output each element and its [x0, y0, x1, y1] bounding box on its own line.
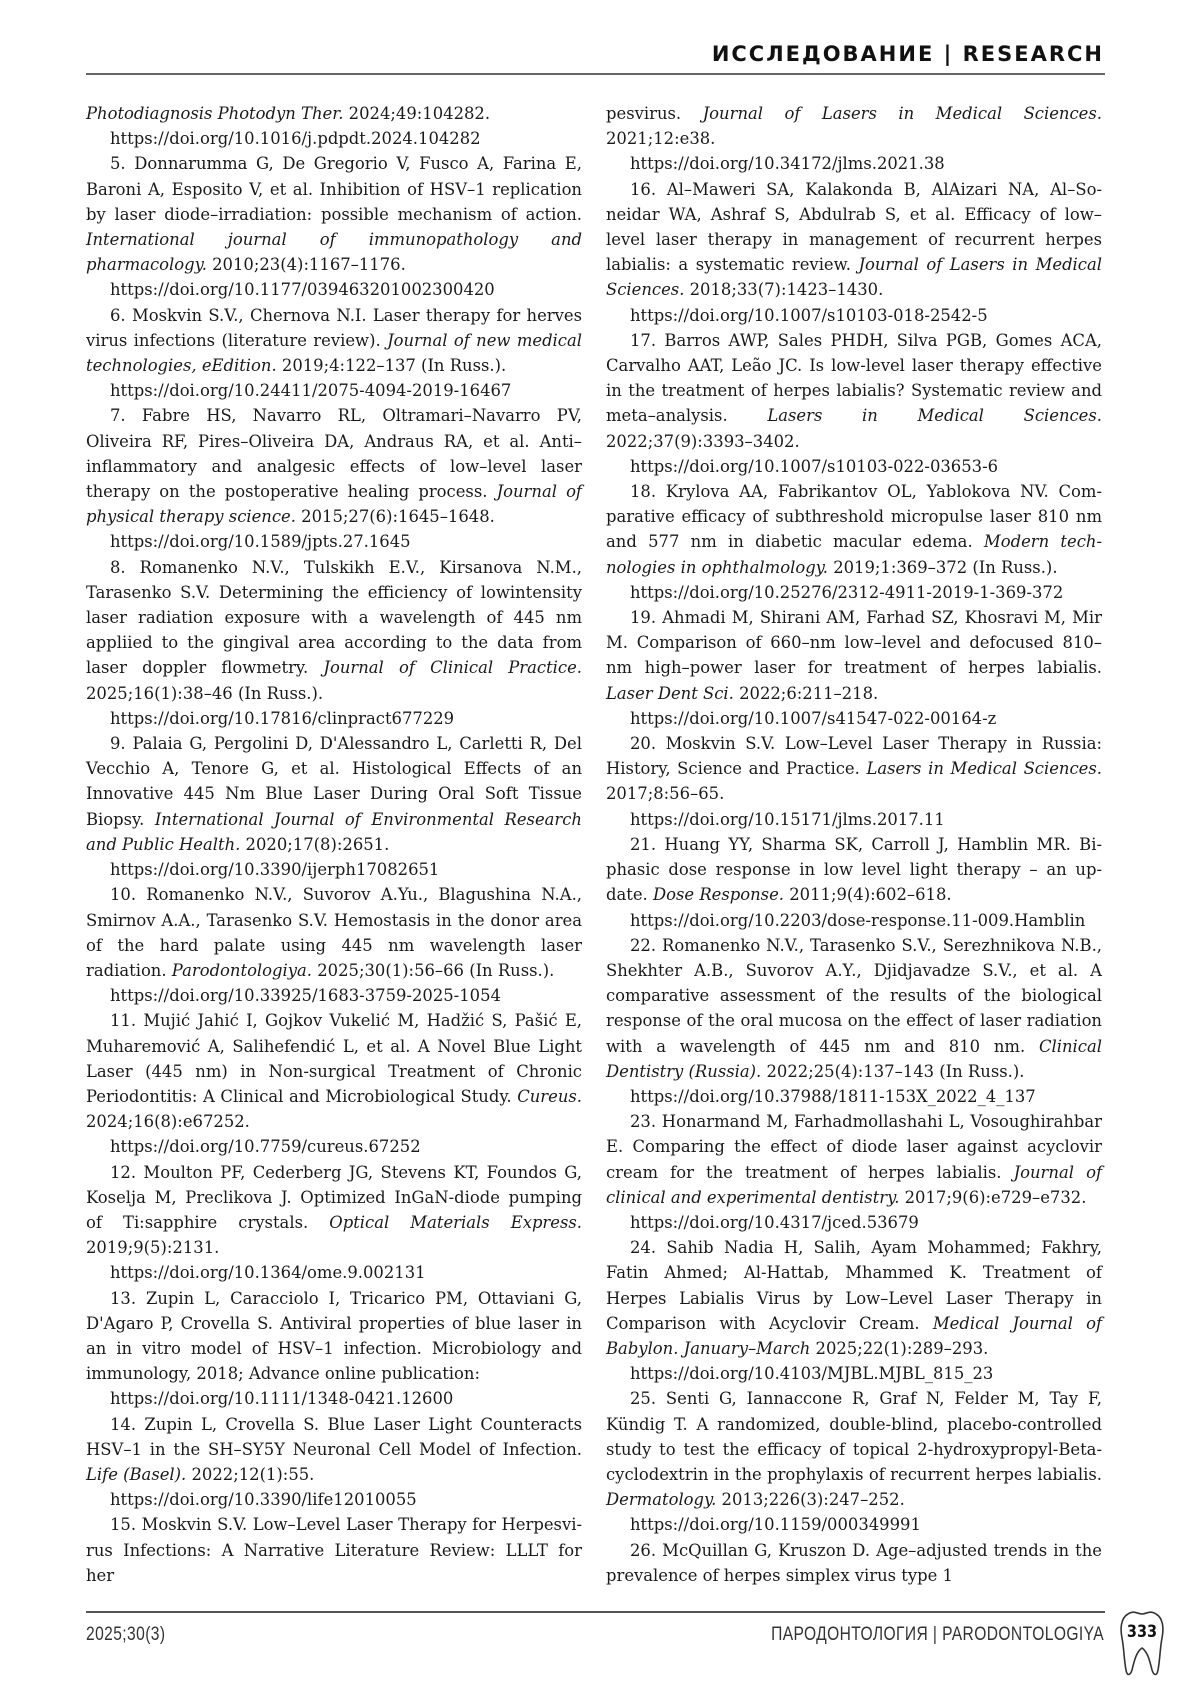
reference-item-24: 24. Sahib Nadia H, Salih, Ayam Mohammed;…	[606, 1235, 1102, 1361]
reference-doi-link[interactable]: https://doi.org/10.34172/jlms.2021.38	[606, 151, 1102, 176]
tooth-outline-icon	[1118, 1608, 1166, 1680]
reference-item-17: 17. Barros AWP, Sales PHDH, Silva PGB, G…	[606, 328, 1102, 454]
reference-journal: Lasers in Medical Sciences.	[866, 759, 1102, 778]
reference-details: 2013;226(3):247–252.	[716, 1490, 904, 1509]
reference-details: 2019;9(5):2131.	[86, 1238, 219, 1257]
journal-name: ПАРОДОНТОЛОГИЯ | PARODONTOLOGIYA	[771, 1624, 1104, 1646]
reference-details: 2018;33(7):1423–1430.	[684, 280, 883, 299]
reference-details: 2024;16(8):e67252.	[86, 1112, 250, 1131]
reference-journal: Parodontologiya.	[172, 961, 312, 980]
reference-doi-link[interactable]: https://doi.org/10.1364/ome.9.002131	[86, 1260, 582, 1285]
reference-text: 14. Zupin L, Crovella S. Blue Laser Ligh…	[86, 1415, 582, 1459]
reference-doi-link[interactable]: https://doi.org/10.1007/s41547-022-00164…	[606, 706, 1102, 731]
reference-details: 2025;30(1):56–66 (In Russ.).	[312, 961, 554, 980]
reference-doi-link[interactable]: https://doi.org/10.1007/s10103-022-03653…	[606, 454, 1102, 479]
reference-item-18: 18. Krylova AA, Fabrikantov OL, Yablokov…	[606, 479, 1102, 580]
reference-doi-link[interactable]: https://doi.org/10.1589/jpts.27.1645	[86, 529, 582, 554]
reference-text: 25. Senti G, Iannaccone R, Graf N, Felde…	[606, 1389, 1102, 1484]
reference-doi-link[interactable]: https://doi.org/10.17816/clinpract677229	[86, 706, 582, 731]
reference-journal: Journal of Clinical Prac­tice.	[323, 658, 582, 677]
reference-item-20: 20. Moskvin S.V. Low–Level Laser Therapy…	[606, 731, 1102, 807]
reference-item-8: 8. Romanenko N.V., Tulskikh E.V., Kirsan…	[86, 555, 582, 706]
reference-journal: Journal of Lasers in Medical Sciences.	[703, 104, 1102, 123]
reference-item-26: 26. McQuillan G, Kruszon D. Age–adjusted…	[606, 1538, 1102, 1588]
reference-details: 2019;1:369–372 (In Russ.).	[828, 558, 1058, 577]
reference-item-7: 7. Fabre HS, Navarro RL, Oltramari–Navar…	[86, 403, 582, 529]
reference-details: 2011;9(4):602–618.	[784, 885, 952, 904]
reference-item-16: 16. Al–Maweri SA, Kalakonda B, AlAizari …	[606, 177, 1102, 303]
reference-journal: Cu­reus.	[517, 1087, 582, 1106]
reference-doi-link[interactable]: https://doi.org/10.7759/cureus.67252	[86, 1134, 582, 1159]
reference-details: 2022;6:211–218.	[734, 684, 878, 703]
reference-continuation: pesvirus. Journal of Lasers in Medical S…	[606, 101, 1102, 151]
reference-doi-link[interactable]: https://doi.org/10.1007/s10103-018-2542-…	[606, 303, 1102, 328]
reference-doi-link[interactable]: https://doi.org/10.1111/1348-0421.12600	[86, 1386, 582, 1411]
reference-details: 2010;23(4):1167–1176.	[207, 255, 406, 274]
reference-text: 19. Ahmadi M, Shirani AM, Farhad SZ, Kho…	[606, 608, 1102, 677]
reference-details: 2025;22(1):289–293.	[810, 1339, 988, 1358]
reference-doi-link[interactable]: https://doi.org/10.1177/0394632010023004…	[86, 277, 582, 302]
reference-item-5: 5. Donnarumma G, De Gregorio V, Fusco A,…	[86, 151, 582, 277]
reference-doi-link[interactable]: https://doi.org/10.15171/jlms.2017.11	[606, 807, 1102, 832]
reference-details: 2019;4:122–137 (In Russ.).	[277, 356, 507, 375]
reference-text: 5. Donnarumma G, De Gregorio V, Fusco A,…	[86, 154, 582, 223]
reference-doi-link[interactable]: https://doi.org/10.3390/life12010055	[86, 1487, 582, 1512]
reference-details: 2022;25(4):137–143 (In Russ.).	[761, 1062, 1024, 1081]
references-left-column: Photodiagnosis Photodyn Ther. 2024;49:10…	[86, 101, 582, 1588]
reference-journal: Photodiagnosis Photodyn Ther.	[86, 104, 343, 123]
reference-doi-link[interactable]: https://doi.org/10.25276/2312-4911-2019-…	[606, 580, 1102, 605]
reference-details: 2021;12:e38.	[606, 129, 715, 148]
reference-details: 2022;37(9):3393–3402.	[606, 432, 800, 451]
reference-text: pesvirus.	[606, 104, 703, 123]
reference-text: 26. McQuillan G, Kruszon D. Age–adjusted…	[606, 1541, 1102, 1585]
reference-continuation: Photodiagnosis Photodyn Ther. 2024;49:10…	[86, 101, 582, 126]
reference-journal: Optical Materials Express.	[329, 1213, 582, 1232]
reference-item-12: 12. Moulton PF, Cederberg JG, Stevens KT…	[86, 1160, 582, 1261]
reference-doi-link[interactable]: https://doi.org/10.37988/1811-153X_2022_…	[606, 1084, 1102, 1109]
reference-item-21: 21. Huang YY, Sharma SK, Carroll J, Hamb…	[606, 832, 1102, 908]
reference-item-19: 19. Ahmadi M, Shirani AM, Farhad SZ, Kho…	[606, 605, 1102, 706]
reference-item-15: 15. Moskvin S.V. Low–Level Laser Therapy…	[86, 1512, 582, 1588]
footer-divider	[86, 1611, 1105, 1613]
reference-item-10: 10. Romanenko N.V., Suvorov A.Yu., Blagu…	[86, 882, 582, 983]
reference-item-9: 9. Palaia G, Pergolini D, D'Alessandro L…	[86, 731, 582, 857]
reference-doi-link[interactable]: https://doi.org/10.24411/2075-4094-2019-…	[86, 378, 582, 403]
reference-details: 2017;8:56–65.	[606, 784, 724, 803]
reference-journal: Dose Response.	[653, 885, 784, 904]
reference-item-25: 25. Senti G, Iannaccone R, Graf N, Felde…	[606, 1386, 1102, 1512]
reference-doi-link[interactable]: https://doi.org/10.1016/j.pdpdt.2024.104…	[86, 126, 582, 151]
reference-text: 15. Moskvin S.V. Low–Level Laser Therapy…	[86, 1515, 582, 1584]
reference-doi-link[interactable]: https://doi.org/10.4317/jced.53679	[606, 1210, 1102, 1235]
page-number: 333	[1122, 1622, 1163, 1642]
reference-item-13: 13. Zupin L, Caracciolo I, Tricarico PM,…	[86, 1286, 582, 1387]
reference-details: 2015;27(6):1645–1648.	[296, 507, 495, 526]
reference-details: 2025;16(1):38–46 (In Russ.).	[86, 684, 323, 703]
reference-item-11: 11. Mujić Jahić I, Gojkov Vukelić M, Had…	[86, 1008, 582, 1134]
reference-doi-link[interactable]: https://doi.org/10.33925/1683-3759-2025-…	[86, 983, 582, 1008]
tooth-icon: 333	[1118, 1608, 1166, 1680]
reference-details: 2024;49:104282.	[343, 104, 490, 123]
reference-text: 11. Mujić Jahić I, Gojkov Vukelić M, Had…	[86, 1011, 582, 1106]
reference-doi-link[interactable]: https://doi.org/10.2203/dose-response.11…	[606, 908, 1102, 933]
reference-item-6: 6. Moskvin S.V., Chernova N.I. Laser the…	[86, 303, 582, 379]
section-title: ИССЛЕДОВАНИЕ | RESEARCH	[712, 42, 1104, 66]
reference-details: 2020;17(8):2651.	[240, 835, 389, 854]
reference-journal: Lasers in Medical Sciences.	[767, 406, 1102, 425]
reference-doi-link[interactable]: https://doi.org/10.4103/MJBL.MJBL_815_23	[606, 1361, 1102, 1386]
references-right-column: pesvirus. Journal of Lasers in Medical S…	[606, 101, 1102, 1588]
reference-item-14: 14. Zupin L, Crovella S. Blue Laser Ligh…	[86, 1412, 582, 1488]
reference-doi-link[interactable]: https://doi.org/10.1159/000349991	[606, 1512, 1102, 1537]
reference-item-23: 23. Honarmand M, Farhadmollashahi L, Vos…	[606, 1109, 1102, 1210]
reference-doi-link[interactable]: https://doi.org/10.3390/ijerph17082651	[86, 857, 582, 882]
reference-journal: Dermatology.	[606, 1490, 716, 1509]
header-divider	[86, 73, 1105, 75]
reference-item-22: 22. Romanenko N.V., Tarasenko S.V., Sere…	[606, 933, 1102, 1084]
reference-journal: Life (Basel).	[86, 1465, 186, 1484]
reference-details: 2022;12(1):55.	[186, 1465, 314, 1484]
reference-text: 22. Romanenko N.V., Tarasenko S.V., Sere…	[606, 936, 1102, 1056]
reference-journal: Laser Dent Sci.	[606, 684, 734, 703]
reference-text: 13. Zupin L, Caracciolo I, Tricarico PM,…	[86, 1289, 582, 1384]
reference-details: 2017;9(6):e729–e732.	[899, 1188, 1086, 1207]
issue-info: 2025;30(3)	[86, 1624, 165, 1646]
